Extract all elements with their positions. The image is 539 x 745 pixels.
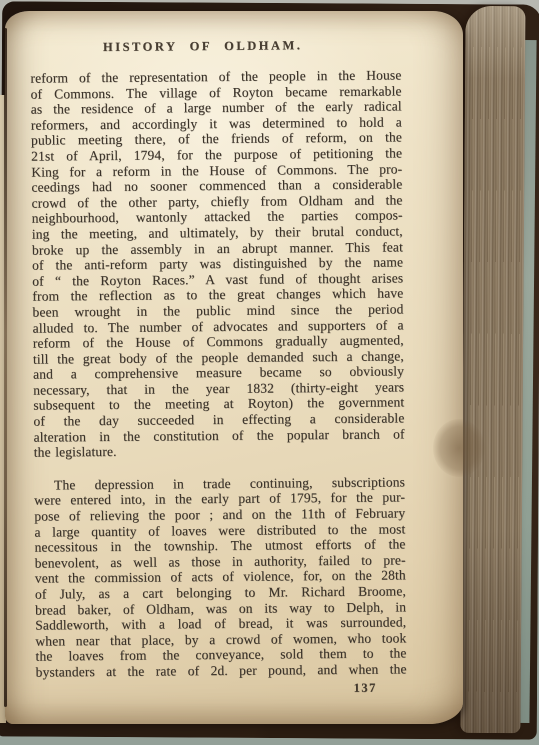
text-line: bystanders at the rate of 2d. per pound,… xyxy=(36,661,407,680)
page-content: HISTORY OF OLDHAM. reform of the represe… xyxy=(30,38,407,698)
running-header: HISTORY OF OLDHAM. xyxy=(17,39,388,55)
page-stain xyxy=(433,419,485,477)
paragraph: reform of the representation of the peop… xyxy=(30,67,404,460)
book-photo: HISTORY OF OLDHAM. reform of the represe… xyxy=(0,0,539,745)
text-line: the legislature. xyxy=(34,442,405,461)
spine-shadow-line xyxy=(4,28,7,707)
paragraph: The depression in trade continuing, subs… xyxy=(34,474,407,680)
body-text: reform of the representation of the peop… xyxy=(30,67,406,680)
page-fore-edge xyxy=(460,6,525,733)
